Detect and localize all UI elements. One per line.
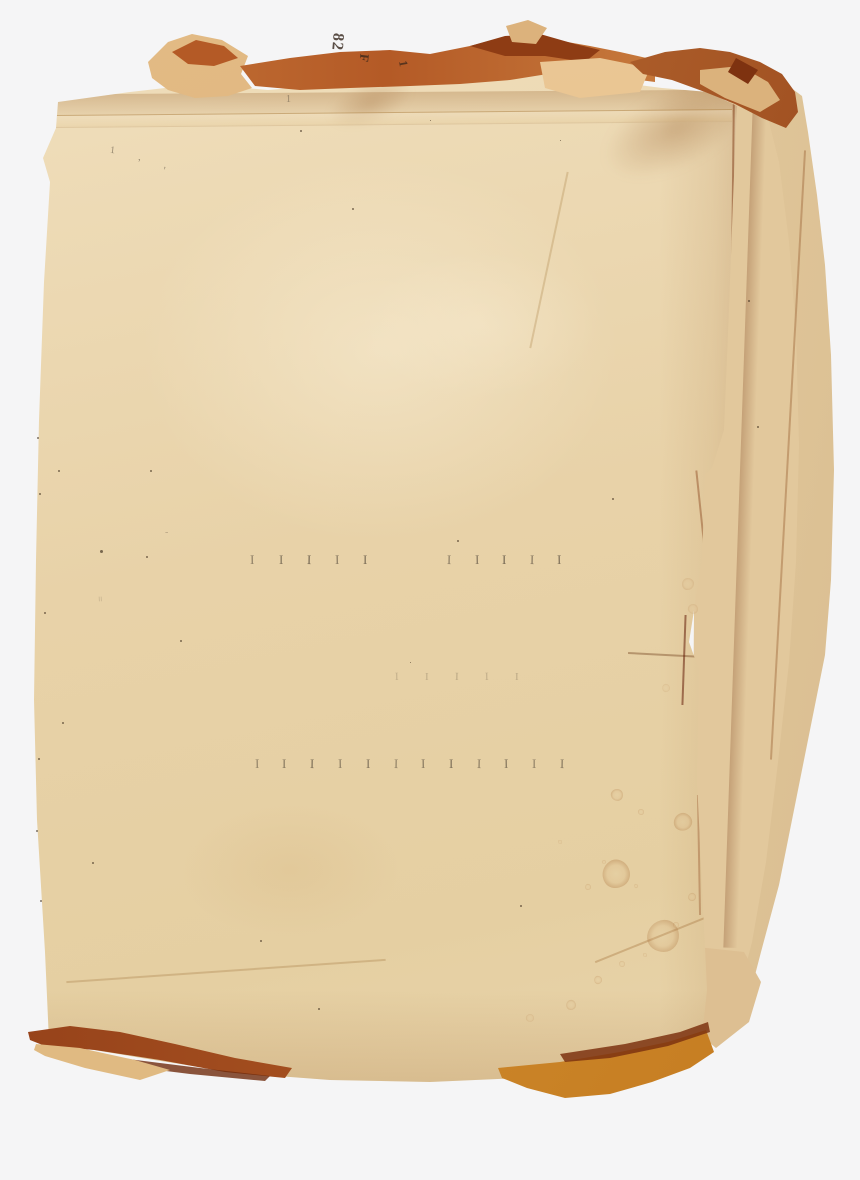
paper-speck — [39, 493, 41, 495]
typed-mark: I — [307, 553, 312, 566]
paper-speck — [180, 640, 182, 642]
stamp-mark: 82 — [328, 32, 346, 51]
typed-mark: I — [363, 553, 367, 566]
paper-speck — [37, 437, 39, 439]
paper-speck — [430, 120, 431, 121]
paper-speck — [757, 426, 759, 428]
paper-speck — [352, 208, 354, 210]
stray-mark: , — [138, 152, 141, 163]
stray-mark: = — [94, 596, 104, 602]
paper-dark-blotch — [180, 800, 400, 940]
typed-mark: I — [394, 757, 399, 770]
typed-mark: I — [477, 757, 482, 770]
typed-mark: I — [515, 672, 519, 683]
paper-speck — [748, 300, 750, 302]
typed-mark: I — [557, 553, 562, 566]
paper-speck — [150, 470, 152, 472]
typed-mark: I — [310, 757, 315, 770]
typed-mark: I — [366, 757, 370, 770]
stamp-mark: F — [357, 53, 371, 63]
paper-speck — [100, 550, 103, 553]
typed-mark: I — [560, 757, 565, 770]
stray-mark: - — [165, 528, 168, 538]
paper-speck — [62, 722, 64, 724]
typed-mark: I — [485, 672, 489, 683]
typed-mark: I — [425, 672, 429, 683]
paper-speck — [146, 556, 148, 558]
paper-speck — [560, 140, 561, 141]
stray-mark: 1 — [286, 95, 291, 105]
typed-mark: I — [475, 553, 480, 566]
typed-mark: I — [250, 553, 255, 566]
paper-speck — [410, 662, 411, 663]
paper-speck — [300, 130, 302, 132]
typed-mark: I — [338, 757, 343, 770]
typed-mark: I — [335, 553, 340, 566]
typed-mark: I — [455, 672, 459, 683]
paper-speck — [58, 470, 60, 472]
typed-mark: I — [395, 672, 399, 683]
typed-mark: I — [421, 757, 426, 770]
crease-bottom-left — [66, 959, 385, 983]
typed-mark: I — [502, 553, 506, 566]
typed-mark: I — [504, 757, 509, 770]
paper-speck — [318, 1008, 320, 1010]
typed-mark: I — [255, 757, 260, 770]
typed-mark: I — [449, 757, 453, 770]
paper-speck — [40, 900, 42, 902]
paper-speck — [44, 612, 46, 614]
photo-of-paper-stack: IIIIIIIIIIIIIIIIIIIIIIIIIII 11,'11=- 82F… — [0, 0, 860, 1180]
paper-speck — [92, 862, 94, 864]
typed-mark: I — [279, 553, 283, 566]
paper-speck — [260, 940, 262, 942]
stray-mark: 1 — [109, 146, 115, 156]
typed-mark: I — [282, 757, 286, 770]
paper-speck — [38, 758, 40, 760]
paper-speck — [520, 905, 522, 907]
paper-speck — [36, 830, 38, 832]
typed-mark: I — [447, 553, 452, 566]
typed-mark: I — [530, 553, 535, 566]
typed-mark: I — [532, 757, 536, 770]
paper-speck — [457, 540, 459, 542]
paper-speck — [612, 498, 614, 500]
